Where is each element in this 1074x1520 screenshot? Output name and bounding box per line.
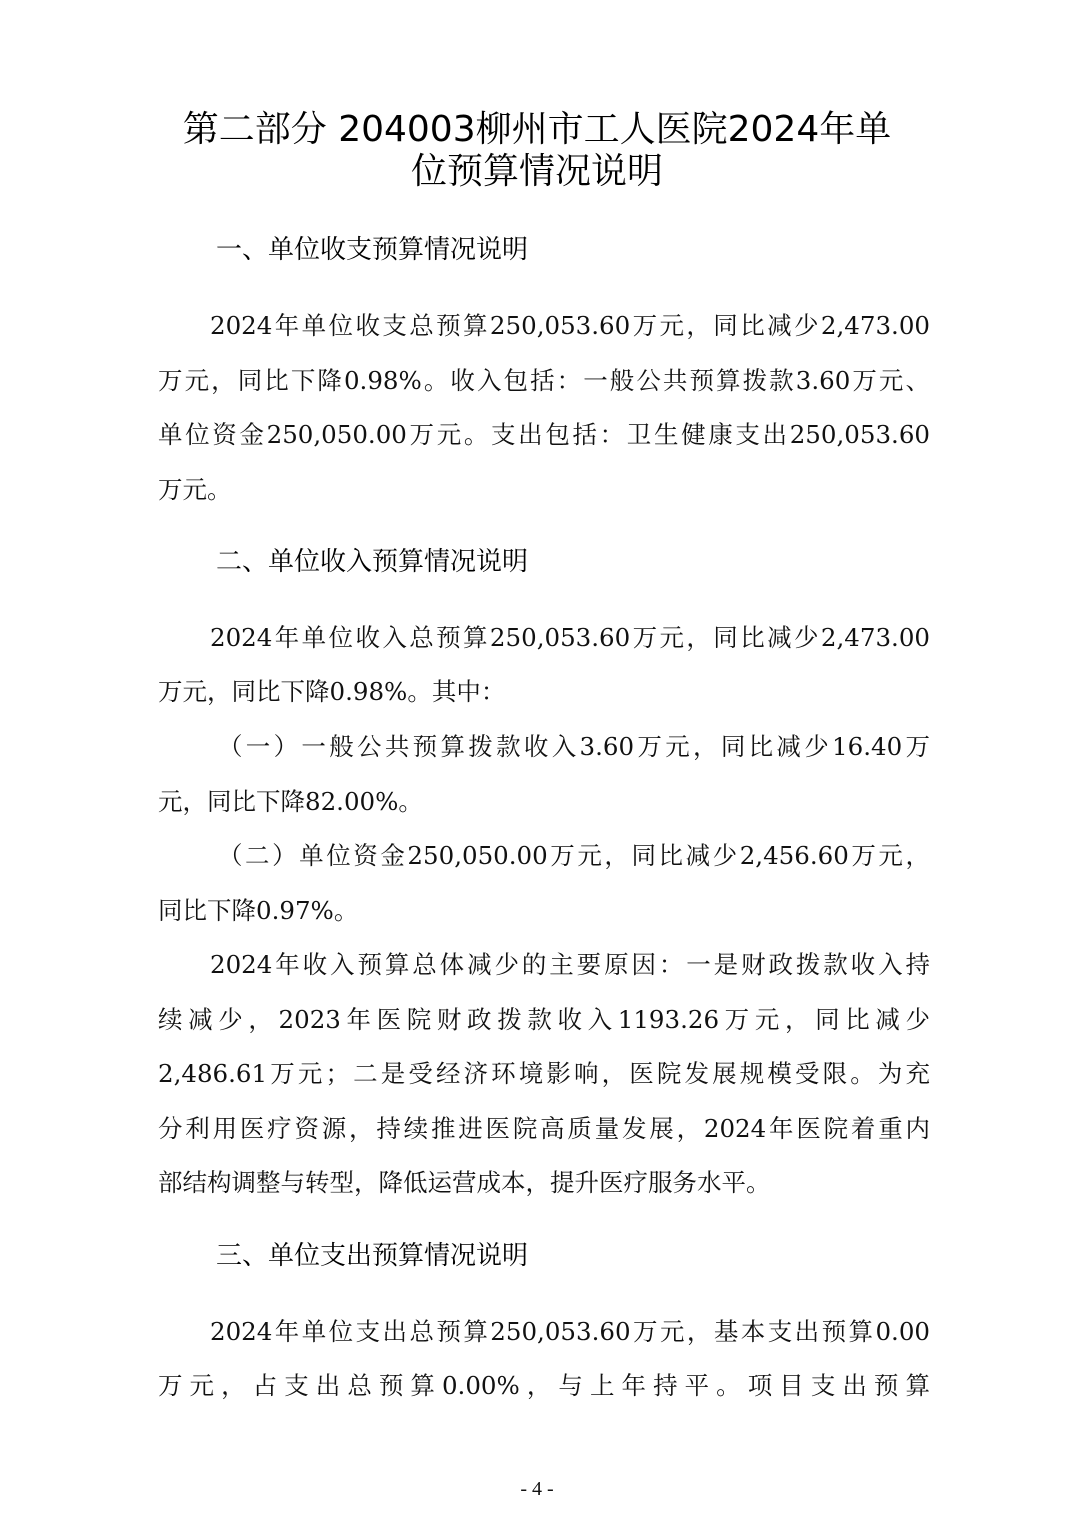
section-heading-3: 三、单位支出预算情况说明 <box>216 1240 528 1272</box>
paragraph-line: 元，同比下降82.00%。 <box>158 786 930 818</box>
paragraph-line: 万元。 <box>158 474 930 506</box>
page-title-line-1: 第二部分 204003柳州市工人医院2024年单 <box>0 108 1074 152</box>
paragraph-line: 2024年收入预算总体减少的主要原因：一是财政拨款收入持 <box>210 949 930 981</box>
section-heading-2: 二、单位收入预算情况说明 <box>216 546 528 578</box>
paragraph-line: 单位资金250,050.00万元。支出包括：卫生健康支出250,053.60 <box>158 419 930 451</box>
paragraph-line: 2,486.61万元；二是受经济环境影响，医院发展规模受限。为充 <box>158 1058 930 1090</box>
paragraph-line: 万元，同比下降0.98%。收入包括：一般公共预算拨款3.60万元、 <box>158 365 930 397</box>
paragraph-line: 同比下降0.97%。 <box>158 895 930 927</box>
paragraph-line: （一）一般公共预算拨款收入3.60万元，同比减少16.40万 <box>218 731 930 763</box>
paragraph-line: 分利用医疗资源，持续推进医院高质量发展，2024年医院着重内 <box>158 1113 930 1145</box>
page-title-line-2: 位预算情况说明 <box>0 150 1074 194</box>
paragraph-line: 部结构调整与转型，降低运营成本，提升医疗服务水平。 <box>158 1167 930 1199</box>
page-number: - 4 - <box>0 1478 1074 1501</box>
paragraph-line: 2024年单位支出总预算250,053.60万元，基本支出预算0.00 <box>210 1316 930 1348</box>
paragraph-line: 万元，同比下降0.98%。其中： <box>158 676 930 708</box>
paragraph-line: 2024年单位收支总预算250,053.60万元，同比减少2,473.00 <box>210 310 930 342</box>
paragraph-line: 万元，占支出总预算0.00%，与上年持平。项目支出预算 <box>158 1370 930 1402</box>
section-heading-1: 一、单位收支预算情况说明 <box>216 234 528 266</box>
paragraph-line: （二）单位资金250,050.00万元，同比减少2,456.60万元， <box>218 840 930 872</box>
paragraph-line: 2024年单位收入总预算250,053.60万元，同比减少2,473.00 <box>210 622 930 654</box>
paragraph-line: 续减少，2023年医院财政拨款收入1193.26万元，同比减少 <box>158 1004 930 1036</box>
